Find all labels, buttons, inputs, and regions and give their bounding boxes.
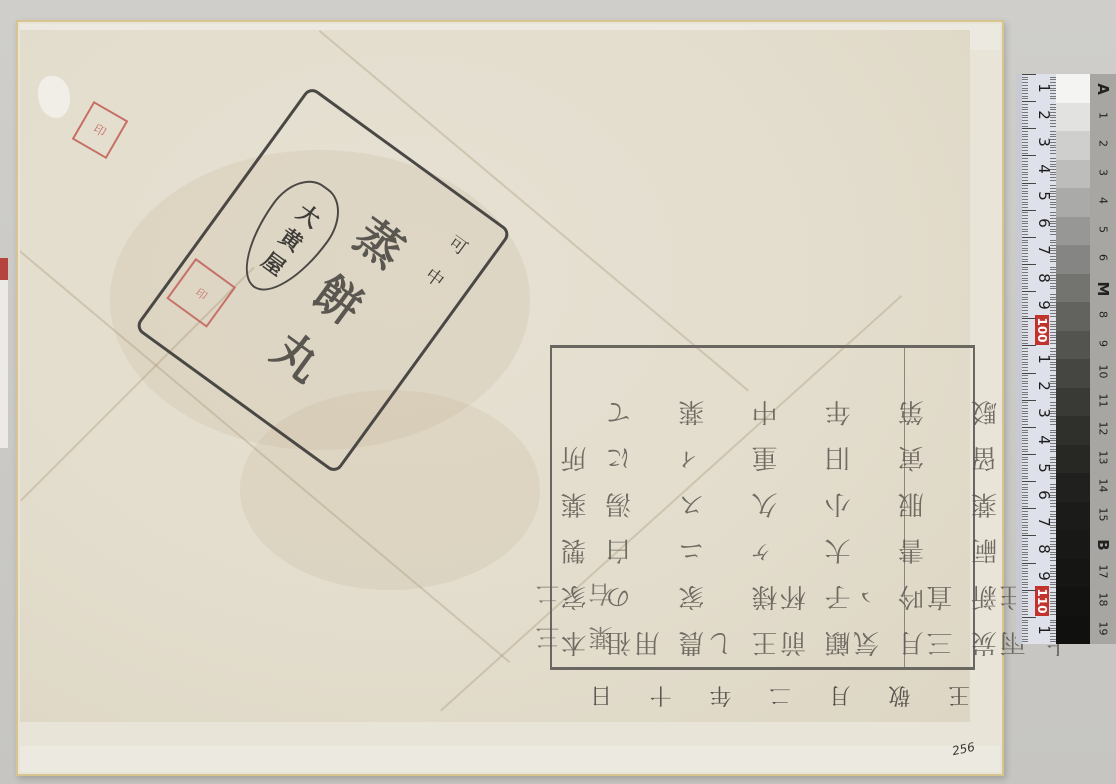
gray-scale-label: M — [1094, 276, 1112, 302]
ruler-tick — [1022, 155, 1036, 156]
ruler-tick — [1022, 231, 1028, 232]
gray-scale-label: 8 — [1097, 302, 1110, 328]
ruler-tick — [1022, 318, 1036, 319]
ruler-tick — [1022, 622, 1028, 623]
gray-scale-label: 6 — [1097, 245, 1110, 271]
ruler-tick — [1022, 397, 1028, 398]
text-column: 王 様 ヶ 久 重 中 前 杯 — [753, 358, 810, 657]
ruler-tick — [1022, 264, 1036, 265]
ruler-tick — [1022, 438, 1028, 439]
gray-scale-label: 19 — [1097, 615, 1110, 641]
ruler-tick — [1022, 587, 1028, 588]
ruler-tick — [1022, 413, 1028, 414]
ruler-tick — [1022, 611, 1028, 612]
gray-patch — [1056, 74, 1090, 103]
ruler-tick — [1022, 373, 1036, 374]
date-char: 二 — [769, 682, 791, 713]
ruler-tick — [1022, 161, 1028, 162]
ruler-tick — [1022, 356, 1028, 357]
ruler-tick — [1022, 525, 1028, 526]
ruler-tick — [1022, 459, 1028, 460]
date-char: 月 — [829, 682, 851, 713]
ruler-tick — [1022, 245, 1028, 246]
gray-scale-label: 17 — [1097, 558, 1110, 584]
ruler-tick — [1022, 120, 1028, 121]
ruler-tick — [1022, 326, 1028, 327]
ruler-tick — [1022, 595, 1028, 596]
ruler-tick — [1022, 180, 1028, 181]
ruler-tick — [1022, 337, 1028, 338]
ruler-tick — [1022, 625, 1028, 626]
ruler-tick — [1022, 77, 1028, 78]
ruler-tick — [1022, 487, 1028, 488]
ruler-tick — [1022, 335, 1028, 336]
gray-scale-label: 12 — [1097, 416, 1110, 442]
gray-patch — [1056, 530, 1090, 559]
ruler-tick — [1022, 489, 1028, 490]
ruler-tick — [1022, 481, 1036, 482]
ruler-tick — [1022, 370, 1028, 371]
ruler-tick — [1022, 508, 1036, 509]
gray-patch — [1056, 217, 1090, 246]
text-columns: 本 家 製 薬 所 祖 の 白 湯 に て 用 農 家 ニ ス ィ 薬 し 王 … — [562, 358, 963, 657]
ruler-tick — [1022, 324, 1028, 325]
text-column: 顧 子 大 小 旧 年 気 ゝ — [826, 358, 883, 657]
ruler-tick — [1022, 430, 1028, 431]
ruler-tick — [1022, 237, 1036, 238]
date-char: 年 — [709, 682, 731, 713]
ruler-tick — [1022, 443, 1028, 444]
ruler-tick — [1022, 590, 1036, 591]
ruler-tick — [1022, 522, 1028, 523]
ruler-tick — [1022, 310, 1028, 311]
text-column: 三 二 — [532, 350, 567, 650]
corner-red-seal: 印 — [72, 101, 129, 159]
date-char: 日 — [590, 682, 612, 713]
ruler-tick — [1022, 432, 1028, 433]
gray-scale-label: 10 — [1097, 359, 1110, 385]
gray-patch — [1056, 388, 1090, 417]
ruler-tick — [1022, 609, 1028, 610]
ruler-tick — [1022, 313, 1028, 314]
ruler-tick — [1022, 210, 1036, 211]
ruler-tick — [1022, 275, 1028, 276]
ruler-tick — [1022, 454, 1036, 455]
ruler-tick — [1022, 85, 1028, 86]
ruler-tick — [1022, 302, 1028, 303]
ruler-tick — [1022, 131, 1028, 132]
ruler-tick — [1022, 633, 1028, 634]
ruler-tick — [1022, 394, 1028, 395]
ruler-tick — [1022, 500, 1028, 501]
ruler-tick — [1022, 242, 1028, 243]
gray-scale-label: 11 — [1097, 387, 1110, 413]
gray-scale-label: 13 — [1097, 444, 1110, 470]
gray-scale-label: 1 — [1097, 102, 1110, 128]
ruler-tick — [1022, 305, 1028, 306]
ruler-tick — [1022, 79, 1028, 80]
ruler-tick — [1022, 375, 1028, 376]
label-red-seal: 印 — [166, 258, 236, 328]
ruler-tick — [1022, 183, 1036, 184]
ruler-tick — [1022, 527, 1028, 528]
ruler-tick — [1022, 465, 1028, 466]
ruler-tick — [1022, 620, 1028, 621]
gray-patch — [1056, 502, 1090, 531]
ruler-tick — [1022, 93, 1028, 94]
gray-scale-label: 3 — [1097, 159, 1110, 185]
gray-scale-label: 9 — [1097, 330, 1110, 356]
ruler-tick — [1022, 378, 1028, 379]
ruler-tick — [1022, 286, 1028, 287]
ruler-tick — [1022, 584, 1028, 585]
gray-patch — [1056, 131, 1090, 160]
ruler-tick — [1022, 381, 1028, 382]
ruler-tick — [1022, 552, 1028, 553]
ruler-tick — [1022, 74, 1036, 75]
gray-scale-label: 15 — [1097, 501, 1110, 527]
ruler-tick — [1022, 164, 1028, 165]
ruler-tick — [1022, 191, 1028, 192]
ruler-tick — [1022, 104, 1028, 105]
ruler-tick — [1022, 538, 1028, 539]
ruler-tick — [1022, 96, 1028, 97]
ruler-tick — [1022, 497, 1028, 498]
ruler-tick — [1022, 457, 1028, 458]
gray-patch — [1056, 274, 1090, 303]
ruler-tick — [1022, 519, 1028, 520]
gray-scale-label: 5 — [1097, 216, 1110, 242]
ruler-tick — [1022, 112, 1028, 113]
gray-patch — [1056, 587, 1090, 616]
gray-patch — [1056, 160, 1090, 189]
gray-scale-label: B — [1094, 532, 1112, 558]
ruler-tick — [1022, 427, 1036, 428]
ruler-tick — [1022, 207, 1028, 208]
ruler-tick — [1022, 601, 1028, 602]
ruler-tick — [1022, 321, 1028, 322]
ruler-tick — [1022, 332, 1028, 333]
ruler-tick — [1022, 484, 1028, 485]
ruler-tick — [1022, 354, 1028, 355]
ruler-tick — [1022, 185, 1028, 186]
ruler-tick — [1022, 283, 1028, 284]
ruler-tick — [1022, 348, 1028, 349]
measuring-ruler: 1234567891001234567891101 — [1016, 74, 1056, 644]
date-char: 十 — [650, 682, 672, 713]
ruler-tick — [1022, 177, 1028, 178]
ruler-tick — [1022, 240, 1028, 241]
text-column: 農 家 ニ ス ィ 薬 し — [680, 358, 737, 657]
ruler-tick — [1022, 174, 1028, 175]
ruler-tick — [1022, 294, 1028, 295]
left-edge-scale-target — [0, 258, 8, 448]
date-char: 王 — [948, 682, 970, 713]
ruler-tick — [1022, 250, 1028, 251]
ruler-tick — [1022, 440, 1028, 441]
ruler-tick — [1022, 617, 1036, 618]
ruler-tick — [1022, 386, 1028, 387]
ruler-tick — [1022, 188, 1028, 189]
ruler-tick — [1022, 421, 1028, 422]
ruler-tick — [1022, 533, 1028, 534]
ruler-tick — [1022, 98, 1028, 99]
ruler-tick — [1022, 221, 1028, 222]
ruler-tick — [1022, 226, 1028, 227]
ruler-tick — [1022, 134, 1028, 135]
ruler-tick — [1022, 560, 1028, 561]
ruler-tick — [1022, 478, 1028, 479]
ruler-tick — [1022, 541, 1028, 542]
ruler-tick — [1022, 204, 1028, 205]
ruler-tick — [1022, 636, 1028, 637]
ruler-tick — [1022, 234, 1028, 235]
ruler-tick — [1022, 530, 1028, 531]
ruler-tick — [1022, 297, 1028, 298]
ruler-tick — [1022, 514, 1028, 515]
gray-patch — [1056, 445, 1090, 474]
ruler-tick — [1022, 563, 1036, 564]
ruler-tick — [1022, 299, 1028, 300]
ruler-tick — [1022, 576, 1028, 577]
ruler-tick — [1022, 345, 1036, 346]
ruler-tick — [1022, 470, 1028, 471]
ruler-tick — [1022, 411, 1028, 412]
ruler-tick — [1022, 641, 1028, 642]
gray-scale-label: 14 — [1097, 473, 1110, 499]
ruler-tick — [1022, 419, 1028, 420]
ruler-tick — [1022, 88, 1028, 89]
ruler-tick — [1022, 451, 1028, 452]
ruler-tick — [1022, 383, 1028, 384]
gray-scale-labels: A123456M89101112131415B171819 — [1090, 74, 1116, 644]
ruler-tick — [1022, 367, 1028, 368]
ruler-tick — [1022, 150, 1028, 151]
gray-patch — [1056, 473, 1090, 502]
ruler-tick — [1022, 261, 1028, 262]
ruler-tick — [1022, 229, 1028, 230]
gray-patch — [1056, 416, 1090, 445]
ruler-tick — [1022, 405, 1028, 406]
ruler-number: 100 — [1035, 315, 1049, 345]
ruler-tick — [1022, 549, 1028, 550]
gray-scale-label: 4 — [1097, 188, 1110, 214]
ruler-tick — [1022, 212, 1028, 213]
ruler-tick — [1022, 449, 1028, 450]
gray-scale-card — [1056, 74, 1090, 644]
ruler-tick — [1022, 389, 1028, 390]
ruler-tick — [1022, 101, 1036, 102]
ruler-tick — [1022, 307, 1028, 308]
ruler-tick — [1022, 172, 1028, 173]
ruler-tick — [1022, 90, 1028, 91]
ruler-tick — [1022, 82, 1028, 83]
ruler-tick — [1022, 202, 1028, 203]
ruler-tick — [1022, 215, 1028, 216]
ruler-tick — [1022, 291, 1036, 292]
paper-tear — [38, 76, 70, 118]
ruler-tick — [1022, 506, 1028, 507]
left-edge-red-patch — [0, 258, 8, 280]
ruler-tick — [1022, 557, 1028, 558]
gray-scale-label: 2 — [1097, 131, 1110, 157]
ruler-tick — [1022, 630, 1028, 631]
ruler-tick — [1022, 199, 1028, 200]
ruler-tick — [1022, 416, 1028, 417]
ruler-tick — [1022, 511, 1028, 512]
ruler-tick — [1022, 492, 1028, 493]
ruler-tick — [1022, 123, 1028, 124]
ruler-tick — [1022, 462, 1028, 463]
ruler-tick — [1022, 256, 1028, 257]
ruler-tick — [1022, 117, 1028, 118]
ruler-tick — [1022, 579, 1028, 580]
ruler-tick — [1022, 196, 1028, 197]
ruler-tick — [1022, 340, 1028, 341]
ruler-tick — [1022, 598, 1028, 599]
ruler-tick — [1022, 359, 1028, 360]
ruler-tick — [1022, 139, 1028, 140]
ruler-tick — [1022, 435, 1028, 436]
gray-patch — [1056, 331, 1090, 360]
ruler-tick — [1022, 223, 1028, 224]
ruler-tick — [1022, 568, 1028, 569]
date-row: 王 敬 月 二 年 十 日 — [590, 680, 970, 714]
ruler-tick — [1022, 109, 1028, 110]
mount-bottom-strip — [20, 746, 1000, 772]
ruler-tick — [1022, 392, 1028, 393]
gray-scale-label: 18 — [1097, 587, 1110, 613]
ruler-tick — [1022, 288, 1028, 289]
outside-text-columns: 薬 右 三 二 — [540, 350, 620, 650]
ruler-tick — [1022, 253, 1028, 254]
ruler-tick — [1022, 554, 1028, 555]
ruler-tick — [1022, 476, 1028, 477]
gray-patch — [1056, 359, 1090, 388]
text-column: 月 吟 書 服 寅 第 三 直 — [899, 358, 956, 657]
ruler-tick — [1022, 503, 1028, 504]
ruler-tick — [1022, 402, 1028, 403]
ruler-tick — [1022, 147, 1028, 148]
ruler-tick — [1022, 169, 1028, 170]
gray-patch — [1056, 302, 1090, 331]
ruler-tick — [1022, 571, 1028, 572]
ruler-tick — [1022, 259, 1028, 260]
ruler-tick — [1022, 546, 1028, 547]
text-column: 薬 右 — [585, 350, 620, 650]
ruler-tick — [1022, 278, 1028, 279]
ruler-tick — [1022, 592, 1028, 593]
ruler-tick — [1022, 267, 1028, 268]
ruler-tick — [1022, 107, 1028, 108]
ruler-tick — [1022, 329, 1028, 330]
ruler-tick — [1022, 166, 1028, 167]
ruler-tick — [1022, 126, 1028, 127]
ruler-tick — [1022, 316, 1028, 317]
ruler-tick — [1022, 544, 1028, 545]
ruler-tick — [1022, 582, 1028, 583]
gray-patch — [1056, 245, 1090, 274]
gray-patch — [1056, 103, 1090, 132]
ruler-tick — [1022, 573, 1028, 574]
ruler-tick — [1022, 364, 1028, 365]
ruler-tick — [1022, 142, 1028, 143]
ruler-tick — [1022, 145, 1028, 146]
ruler-tick — [1022, 535, 1036, 536]
ruler-tick — [1022, 128, 1036, 129]
ruler-tick — [1022, 628, 1028, 629]
ruler-tick — [1022, 408, 1028, 409]
ruler-tick — [1022, 516, 1028, 517]
ruler-tick — [1022, 343, 1028, 344]
ruler-tick — [1022, 565, 1028, 566]
label-small-text: 可 中 — [413, 229, 473, 297]
ruler-tick — [1022, 473, 1028, 474]
date-char: 敬 — [888, 682, 910, 713]
gray-patch — [1056, 188, 1090, 217]
ruler-tick — [1022, 280, 1028, 281]
ruler-tick — [1022, 136, 1028, 137]
ruler-tick — [1022, 158, 1028, 159]
ruler-tick — [1022, 153, 1028, 154]
ruler-tick — [1022, 218, 1028, 219]
ruler-tick — [1022, 400, 1036, 401]
ruler-tick — [1022, 614, 1028, 615]
gray-scale-label: A — [1094, 76, 1112, 102]
ruler-tick — [1022, 272, 1028, 273]
ruler-tick — [1022, 351, 1028, 352]
ruler-tick — [1022, 193, 1028, 194]
ruler-tick — [1022, 495, 1028, 496]
ruler-tick — [1022, 639, 1028, 640]
ruler-tick — [1022, 424, 1028, 425]
ruler-tick — [1022, 115, 1028, 116]
ruler-tick — [1022, 362, 1028, 363]
ruler-tick — [1022, 248, 1028, 249]
ruler-tick — [1022, 446, 1028, 447]
ruler-tick — [1022, 606, 1028, 607]
ruler-number: 110 — [1035, 586, 1049, 616]
ruler-tick — [1022, 603, 1028, 604]
gray-patch — [1056, 616, 1090, 645]
ruler-tick — [1022, 269, 1028, 270]
ruler-tick — [1022, 468, 1028, 469]
gray-patch — [1056, 559, 1090, 588]
